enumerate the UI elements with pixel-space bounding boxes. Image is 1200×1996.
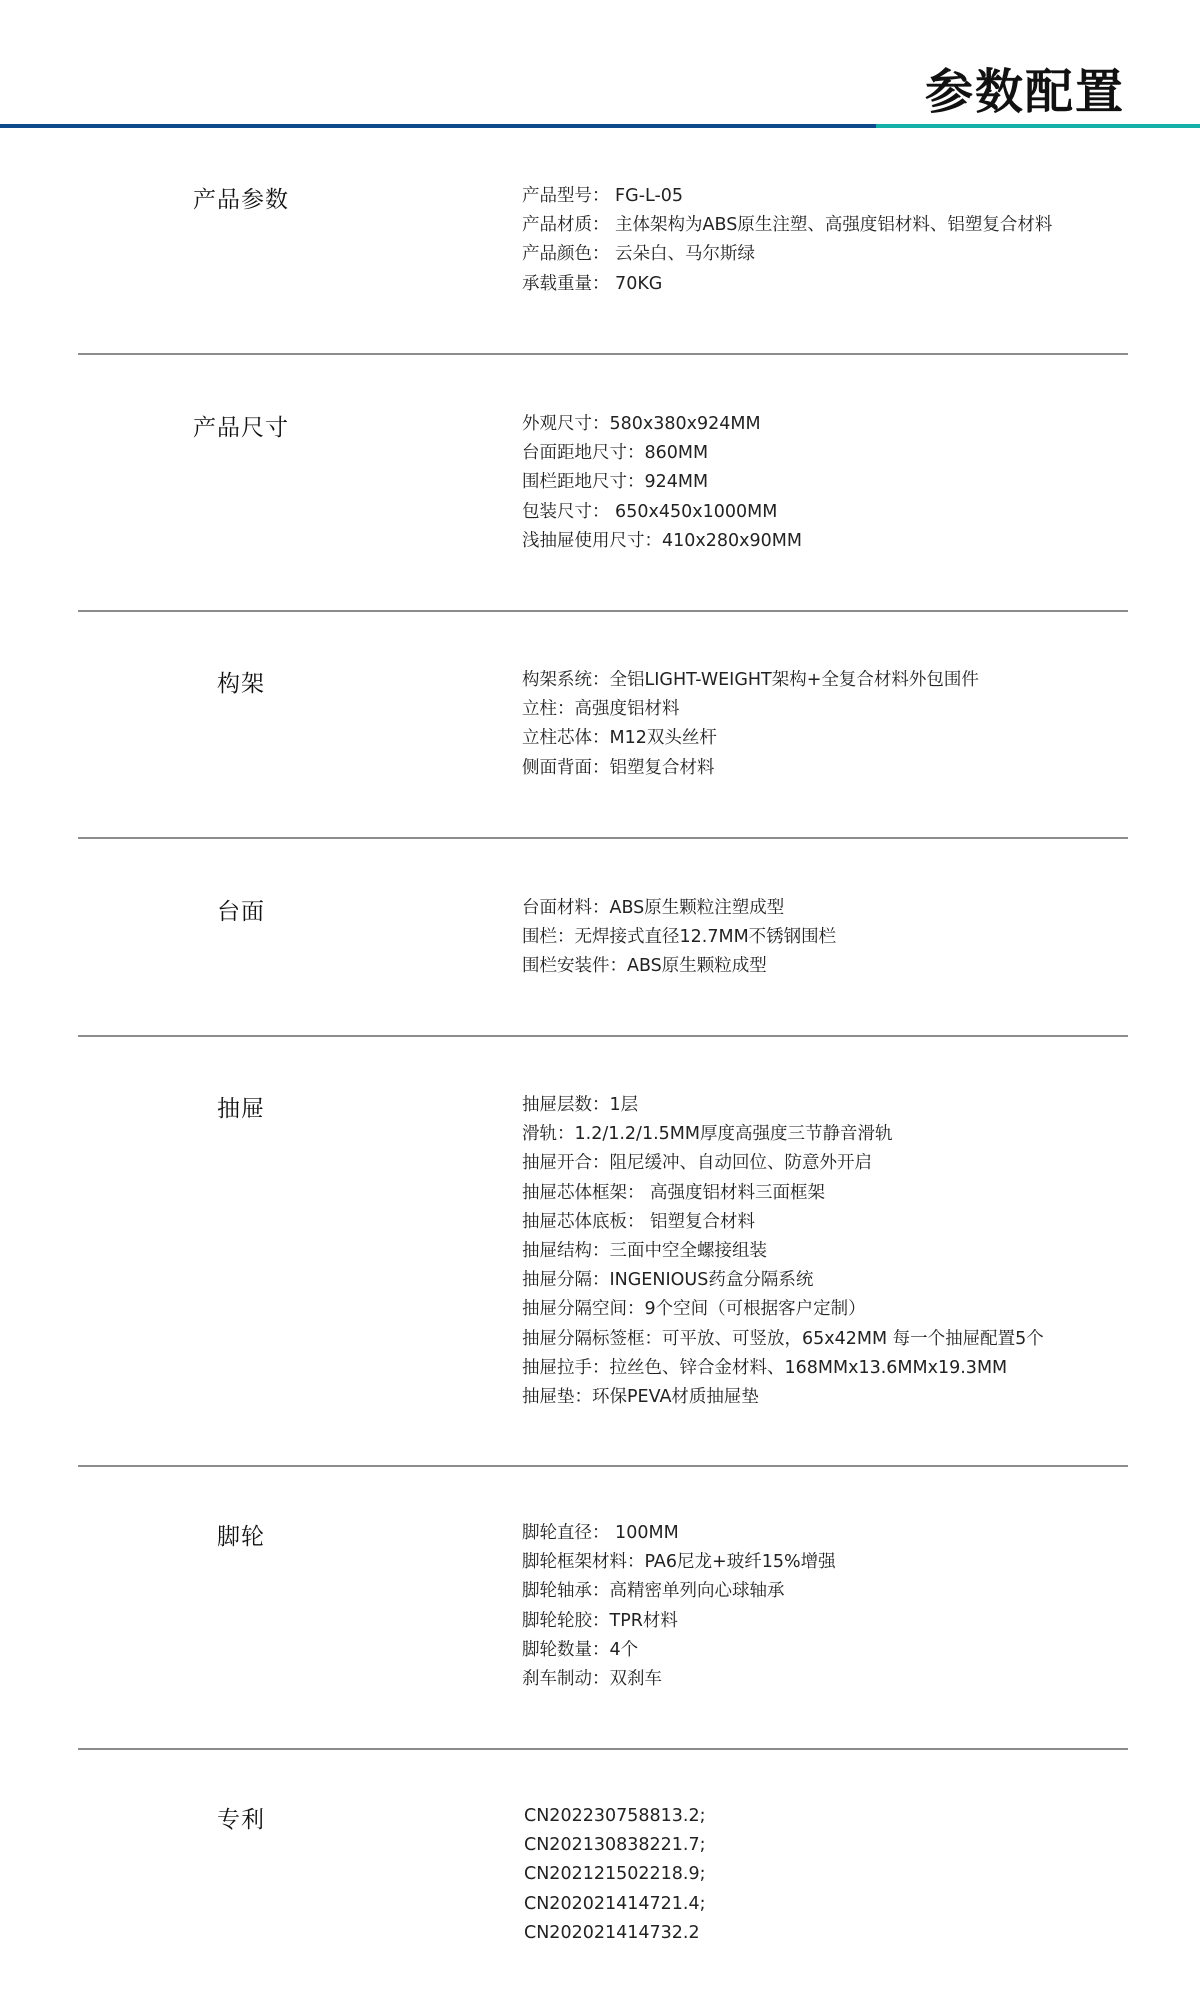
spec-item: 抽屉垫：环保PEVA材质抽屉垫 bbox=[522, 1383, 1044, 1412]
section-label: 构架 bbox=[110, 669, 372, 699]
spec-item: 抽屉芯体框架： 高强度铝材料三面框架 bbox=[522, 1179, 1044, 1208]
section-label: 台面 bbox=[110, 897, 372, 927]
spec-item: 抽屉开合：阻尼缓冲、自动回位、防意外开启 bbox=[522, 1149, 1044, 1178]
page-title: 参数配置 bbox=[925, 62, 1125, 122]
section-label: 产品参数 bbox=[110, 185, 372, 215]
spec-item: 刹车制动：双刹车 bbox=[522, 1665, 836, 1694]
spec-item: 产品材质： 主体架构为ABS原生注塑、高强度铝材料、铝塑复合材料 bbox=[522, 211, 1052, 240]
spec-item: 侧面背面：铝塑复合材料 bbox=[522, 754, 979, 783]
spec-item: 构架系统：全铝LIGHT-WEIGHT架构+全复合材料外包围件 bbox=[522, 666, 979, 695]
spec-item: 围栏：无焊接式直径12.7MM不锈钢围栏 bbox=[522, 923, 836, 952]
title-rule-blue-segment bbox=[0, 124, 876, 128]
spec-item: 抽屉分隔标签框：可平放、可竖放，65x42MM 每一个抽屉配置5个 bbox=[522, 1325, 1044, 1354]
spec-item: 浅抽屉使用尺寸：410x280x90MM bbox=[522, 527, 802, 556]
section-label: 产品尺寸 bbox=[110, 413, 372, 443]
spec-item: 脚轮框架材料：PA6尼龙+玻纤15%增强 bbox=[522, 1548, 836, 1577]
spec-item: 抽屉分隔：INGENIOUS药盒分隔系统 bbox=[522, 1266, 1044, 1295]
title-rule bbox=[0, 124, 1200, 128]
spec-list: 脚轮直径： 100MM 脚轮框架材料：PA6尼龙+玻纤15%增强 脚轮轴承：高精… bbox=[522, 1519, 836, 1694]
section-divider bbox=[78, 353, 1128, 355]
spec-list: 构架系统：全铝LIGHT-WEIGHT架构+全复合材料外包围件 立柱：高强度铝材… bbox=[522, 666, 979, 783]
patent-item: CN202121502218.9; bbox=[524, 1860, 706, 1889]
spec-item: 抽屉分隔空间：9个空间（可根据客户定制） bbox=[522, 1295, 1044, 1324]
spec-item: 外观尺寸：580x380x924MM bbox=[522, 410, 802, 439]
spec-item: 台面材料：ABS原生颗粒注塑成型 bbox=[522, 894, 836, 923]
section-divider bbox=[78, 1035, 1128, 1037]
section-label: 抽屉 bbox=[110, 1094, 372, 1124]
spec-item: 承载重量： 70KG bbox=[522, 270, 1052, 299]
spec-item: 立柱：高强度铝材料 bbox=[522, 695, 979, 724]
spec-list: 产品型号： FG-L-05 产品材质： 主体架构为ABS原生注塑、高强度铝材料、… bbox=[522, 182, 1052, 299]
spec-list: 抽屉层数：1层 滑轨：1.2/1.2/1.5MM厚度高强度三节静音滑轨 抽屉开合… bbox=[522, 1091, 1044, 1412]
spec-item: 抽屉芯体底板： 铝塑复合材料 bbox=[522, 1208, 1044, 1237]
spec-item: 包装尺寸： 650x450x1000MM bbox=[522, 498, 802, 527]
spec-list: 外观尺寸：580x380x924MM 台面距地尺寸：860MM 围栏距地尺寸：9… bbox=[522, 410, 802, 556]
patent-item: CN202021414732.2 bbox=[524, 1919, 706, 1948]
section-divider bbox=[78, 837, 1128, 839]
spec-item: 产品颜色： 云朵白、马尔斯绿 bbox=[522, 240, 1052, 269]
section-divider bbox=[78, 610, 1128, 612]
spec-item: 台面距地尺寸：860MM bbox=[522, 439, 802, 468]
spec-item: 脚轮轴承：高精密单列向心球轴承 bbox=[522, 1577, 836, 1606]
spec-item: 围栏安装件：ABS原生颗粒成型 bbox=[522, 952, 836, 981]
spec-item: 滑轨：1.2/1.2/1.5MM厚度高强度三节静音滑轨 bbox=[522, 1120, 1044, 1149]
title-rule-teal-segment bbox=[876, 124, 1200, 128]
section-divider bbox=[78, 1748, 1128, 1750]
spec-item: 围栏距地尺寸：924MM bbox=[522, 468, 802, 497]
spec-item: 立柱芯体：M12双头丝杆 bbox=[522, 724, 979, 753]
section-divider bbox=[78, 1465, 1128, 1467]
section-label: 脚轮 bbox=[110, 1522, 372, 1552]
patent-list: CN202230758813.2; CN202130838221.7; CN20… bbox=[524, 1802, 706, 1948]
spec-item: 脚轮数量：4个 bbox=[522, 1636, 836, 1665]
patent-item: CN202230758813.2; bbox=[524, 1802, 706, 1831]
spec-item: 抽屉拉手：拉丝色、锌合金材料、168MMx13.6MMx19.3MM bbox=[522, 1354, 1044, 1383]
spec-item: 脚轮直径： 100MM bbox=[522, 1519, 836, 1548]
spec-item: 抽屉层数：1层 bbox=[522, 1091, 1044, 1120]
section-label: 专利 bbox=[110, 1805, 372, 1835]
spec-item: 抽屉结构：三面中空全螺接组装 bbox=[522, 1237, 1044, 1266]
patent-item: CN202021414721.4; bbox=[524, 1890, 706, 1919]
patent-item: CN202130838221.7; bbox=[524, 1831, 706, 1860]
spec-item: 产品型号： FG-L-05 bbox=[522, 182, 1052, 211]
spec-list: 台面材料：ABS原生颗粒注塑成型 围栏：无焊接式直径12.7MM不锈钢围栏 围栏… bbox=[522, 894, 836, 982]
spec-item: 脚轮轮胶：TPR材料 bbox=[522, 1607, 836, 1636]
